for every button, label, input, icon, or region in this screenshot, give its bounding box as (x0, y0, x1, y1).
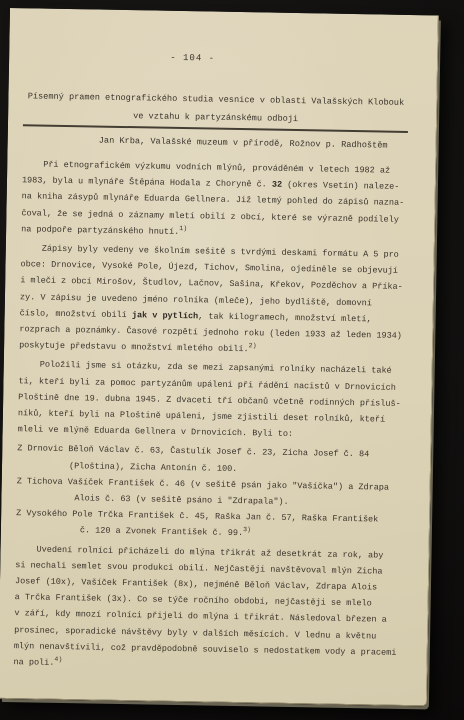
document-page: - 104 - Písemný pramen etnografického st… (0, 8, 439, 706)
list-item: Z Vysokého Pole Trčka František č. 45, R… (16, 505, 402, 544)
document-body: Při etnografickém výzkumu vodních mlýnů,… (13, 156, 407, 677)
text-segment: na poli. (13, 657, 54, 668)
text-segment: 1983, byla u mlynáře Štěpána Hodala z Ch… (22, 175, 272, 189)
photo-background: - 104 - Písemný pramen etnografického st… (0, 0, 464, 720)
document-title: Písemný pramen etnografického studia ves… (23, 87, 409, 130)
text-segment: poskytuje představu o množství mletého o… (19, 340, 249, 354)
page-number: - 104 - (0, 50, 385, 67)
paragraph-2: Zápisy byly vedeny ve školním sešitě s t… (19, 240, 406, 360)
footnote-marker-2: 2) (249, 342, 257, 349)
footnote-marker-1: 1) (179, 225, 187, 232)
footnote-marker-4: 4) (54, 656, 62, 663)
text-segment: č. 120 a Zvonek František č. 99. (80, 526, 243, 539)
text-segment: na podpoře partyzánského hnutí. (21, 224, 179, 237)
footnote-marker-3: 3) (243, 527, 251, 534)
farmers-list: Z Drnovic Běloň Václav č. 63, Častulík J… (16, 441, 403, 545)
paragraph-1: Při etnografickém výzkumu vodních mlýnů,… (21, 156, 407, 244)
text-segment: , tak kilogramech, množství mletí, (198, 311, 372, 324)
paragraph-3: Položili jsme si otázku, zda se mezi zap… (18, 357, 404, 445)
text-segment: (okres Vsetín) naleze- (282, 180, 399, 192)
author-line: Jan Krba, Valašské muzeum v přírodě, Rož… (51, 135, 436, 152)
page-content: - 104 - Písemný pramen etnografického st… (0, 50, 437, 678)
paragraph-4: Uvedení rolníci přicházeli do mlýna třik… (13, 541, 400, 677)
overstruck-number: 32 (272, 180, 282, 190)
text-segment: číslo, množství obilí (20, 308, 132, 320)
emphasized-phrase: jak v pytlích (132, 310, 198, 321)
